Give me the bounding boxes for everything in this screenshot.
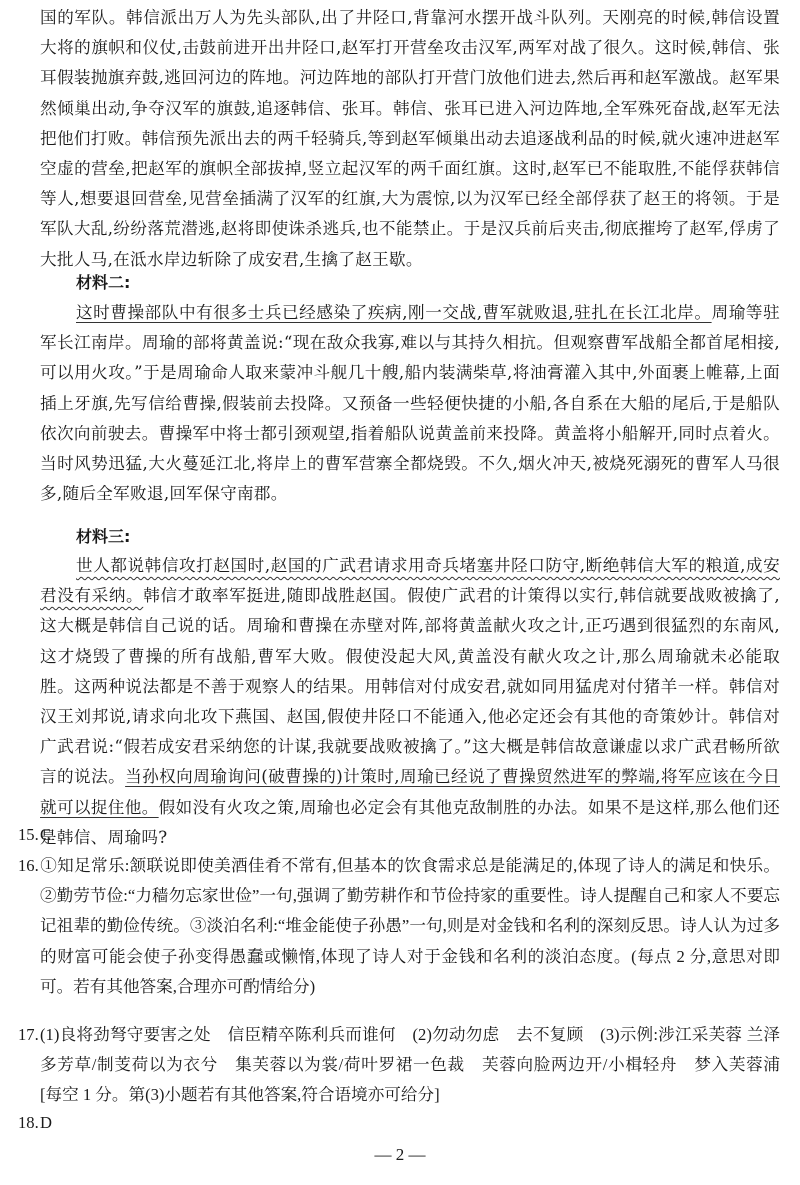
answer-number: 18. <box>18 1108 40 1138</box>
material-three-paragraph: 世人都说韩信攻打赵国时,赵国的广武君请求用奇兵堵塞井陉口防守,断绝韩信大军的粮道… <box>40 551 780 853</box>
answer-text: D <box>40 1113 52 1132</box>
answer-number: 15. <box>18 820 40 850</box>
answer-number: 17. <box>18 1020 40 1050</box>
material-one-text: 国的军队。韩信派出万人为先头部队,出了井陉口,背靠河水摆开战斗队列。天刚亮的时候… <box>40 8 780 269</box>
answer-item-18: 18.D <box>18 1108 780 1138</box>
answer-text: C <box>40 825 51 844</box>
answer-text: ①知足常乐:颔联说即使美酒佳肴不常有,但基本的饮食需求总是能满足的,体现了诗人的… <box>40 856 780 996</box>
page-number: — 2 — <box>0 1143 800 1167</box>
document-page: 国的军队。韩信派出万人为先头部队,出了井陉口,背靠河水摆开战斗队列。天刚亮的时候… <box>0 0 800 1185</box>
answer-item-16: 16.①知足常乐:颔联说即使美酒佳肴不常有,但基本的饮食需求总是能满足的,体现了… <box>18 851 780 1002</box>
material-two-text: 周瑜等驻军长江南岸。周瑜的部将黄盖说:“现在敌众我寡,难以与其持久相抗。但观察曹… <box>40 303 780 503</box>
material-three-heading: 材料三: <box>76 522 130 552</box>
material-one-continuation: 国的军队。韩信派出万人为先头部队,出了井陉口,背靠河水摆开战斗队列。天刚亮的时候… <box>40 3 780 275</box>
material-three-middle-text: 韩信才敢率军挺进,随即战胜赵国。假使广武君的计策得以实行,韩信就要战败被擒了,这… <box>40 586 780 786</box>
answer-item-17: 17.(1)良将劲弩守要害之处 信臣精卒陈利兵而谁何 (2)勿动勿虑 去不复顾 … <box>18 1020 780 1111</box>
answer-number: 16. <box>18 851 40 881</box>
material-two-underlined-text: 这时曹操部队中有很多士兵已经感染了疾病,刚一交战,曹军就败退,驻扎在长江北岸。 <box>76 303 712 322</box>
answer-item-15: 15.C <box>18 820 780 850</box>
material-two-heading: 材料二: <box>76 268 130 298</box>
material-two-paragraph: 这时曹操部队中有很多士兵已经感染了疾病,刚一交战,曹军就败退,驻扎在长江北岸。周… <box>40 298 780 509</box>
answer-text: (1)良将劲弩守要害之处 信臣精卒陈利兵而谁何 (2)勿动勿虑 去不复顾 (3)… <box>40 1025 797 1104</box>
